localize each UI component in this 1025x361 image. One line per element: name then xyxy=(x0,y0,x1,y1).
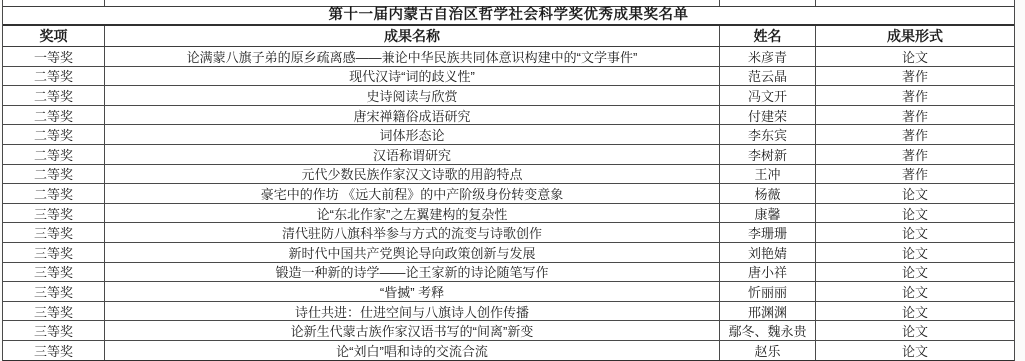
table-row: 三等奖新时代中国共产党舆论导向政策创新与发展刘艳婧论文 xyxy=(3,243,1014,263)
result-form-cell: 著作 xyxy=(816,86,1014,105)
award-cell: 三等奖 xyxy=(3,243,105,262)
result-form-cell: 论文 xyxy=(816,223,1014,242)
author-name-cell: 刘艳婧 xyxy=(720,243,816,262)
table-row: 二等奖现代汉诗“词的歧义性”范云晶著作 xyxy=(3,67,1014,87)
award-cell: 二等奖 xyxy=(3,67,105,86)
header-row: 奖项 成果名称 姓名 成果形式 xyxy=(3,26,1014,47)
author-name-cell: 冯文开 xyxy=(720,86,816,105)
result-form-cell: 著作 xyxy=(816,67,1014,86)
award-cell: 二等奖 xyxy=(3,165,105,184)
result-form-cell: 论文 xyxy=(816,243,1014,262)
table-row: 二等奖词体形态论李东宾著作 xyxy=(3,125,1014,145)
award-cell: 三等奖 xyxy=(3,204,105,223)
author-name-cell: 王冲 xyxy=(720,165,816,184)
work-title-cell: 元代少数民族作家汉文诗歌的用韵特点 xyxy=(105,165,720,184)
table-row: 三等奖“眥搣” 考释忻丽丽论文 xyxy=(3,282,1014,302)
col-header-award: 奖项 xyxy=(3,26,105,46)
award-cell: 二等奖 xyxy=(3,86,105,105)
col-header-name: 姓名 xyxy=(720,26,816,46)
work-title-cell: 史诗阅读与欣赏 xyxy=(105,86,720,105)
author-name-cell: 李东宾 xyxy=(720,125,816,144)
table-row: 二等奖元代少数民族作家汉文诗歌的用韵特点王冲著作 xyxy=(3,165,1014,185)
result-form-cell: 论文 xyxy=(816,282,1014,301)
col-header-form: 成果形式 xyxy=(816,26,1014,46)
author-name-cell: 鄢冬、魏永贵 xyxy=(720,321,816,340)
result-form-cell: 论文 xyxy=(816,302,1014,321)
work-title-cell: 论满蒙八旗子弟的原乡疏离感——兼论中华民族共同体意识构建中的“文学事件” xyxy=(105,47,720,66)
author-name-cell: 康馨 xyxy=(720,204,816,223)
table-row: 一等奖论满蒙八旗子弟的原乡疏离感——兼论中华民族共同体意识构建中的“文学事件”米… xyxy=(3,47,1014,67)
table-row: 三等奖论“东北作家”之左翼建构的复杂性康馨论文 xyxy=(3,204,1014,224)
author-name-cell: 李珊珊 xyxy=(720,223,816,242)
award-cell: 三等奖 xyxy=(3,223,105,242)
table-row: 三等奖论新生代蒙古族作家汉语书写的“间离”新变鄢冬、魏永贵论文 xyxy=(3,321,1014,341)
award-cell: 三等奖 xyxy=(3,341,105,360)
award-cell: 三等奖 xyxy=(3,282,105,301)
partial-cell xyxy=(720,0,816,6)
award-cell: 三等奖 xyxy=(3,302,105,321)
work-title-cell: 论“刘白”唱和诗的交流合流 xyxy=(105,341,720,360)
result-form-cell: 论文 xyxy=(816,47,1014,66)
result-form-cell: 著作 xyxy=(816,106,1014,125)
partial-cell xyxy=(3,0,105,6)
table-row: 二等奖唐宋禅籍俗成语研究付建荣著作 xyxy=(3,106,1014,126)
award-cell: 一等奖 xyxy=(3,47,105,66)
work-title-cell: 论新生代蒙古族作家汉语书写的“间离”新变 xyxy=(105,321,720,340)
partial-cell xyxy=(816,0,1014,6)
author-name-cell: 邢渊渊 xyxy=(720,302,816,321)
table-row: 三等奖清代驻防八旗科举参与方式的流变与诗歌创作李珊珊论文 xyxy=(3,223,1014,243)
award-cell: 二等奖 xyxy=(3,125,105,144)
result-form-cell: 论文 xyxy=(816,184,1014,203)
work-title-cell: 清代驻防八旗科举参与方式的流变与诗歌创作 xyxy=(105,223,720,242)
result-form-cell: 论文 xyxy=(816,263,1014,282)
table-title: 第十一届内蒙古自治区哲学社会科学奖优秀成果奖名单 xyxy=(3,7,1014,26)
award-list-table: 第十一届内蒙古自治区哲学社会科学奖优秀成果奖名单 奖项 成果名称 姓名 成果形式… xyxy=(2,0,1015,361)
table-row: 二等奖豪宅中的作坊 《远大前程》的中产阶级身份转变意象杨薇论文 xyxy=(3,184,1014,204)
table-body: 一等奖论满蒙八旗子弟的原乡疏离感——兼论中华民族共同体意识构建中的“文学事件”米… xyxy=(3,47,1014,361)
result-form-cell: 著作 xyxy=(816,165,1014,184)
author-name-cell: 范云晶 xyxy=(720,67,816,86)
scanned-table-page: 第十一届内蒙古自治区哲学社会科学奖优秀成果奖名单 奖项 成果名称 姓名 成果形式… xyxy=(0,0,1025,361)
author-name-cell: 忻丽丽 xyxy=(720,282,816,301)
work-title-cell: 豪宅中的作坊 《远大前程》的中产阶级身份转变意象 xyxy=(105,184,720,203)
work-title-cell: 新时代中国共产党舆论导向政策创新与发展 xyxy=(105,243,720,262)
partial-row-top xyxy=(3,0,1014,7)
author-name-cell: 米彦青 xyxy=(720,47,816,66)
work-title-cell: 论“东北作家”之左翼建构的复杂性 xyxy=(105,204,720,223)
work-title-cell: 词体形态论 xyxy=(105,125,720,144)
award-cell: 二等奖 xyxy=(3,106,105,125)
author-name-cell: 赵乐 xyxy=(720,341,816,360)
author-name-cell: 付建荣 xyxy=(720,106,816,125)
work-title-cell: “眥搣” 考释 xyxy=(105,282,720,301)
work-title-cell: 锻造一种新的诗学——论王家新的诗论随笔写作 xyxy=(105,263,720,282)
col-header-work: 成果名称 xyxy=(105,26,720,46)
result-form-cell: 著作 xyxy=(816,145,1014,164)
work-title-cell: 汉语称谓研究 xyxy=(105,145,720,164)
partial-cell xyxy=(105,0,720,6)
table-row: 三等奖论“刘白”唱和诗的交流合流赵乐论文 xyxy=(3,341,1014,361)
table-row: 三等奖诗仕共进：仕进空间与八旗诗人创作传播邢渊渊论文 xyxy=(3,302,1014,322)
table-row: 三等奖锻造一种新的诗学——论王家新的诗论随笔写作唐小祥论文 xyxy=(3,263,1014,283)
work-title-cell: 唐宋禅籍俗成语研究 xyxy=(105,106,720,125)
work-title-cell: 现代汉诗“词的歧义性” xyxy=(105,67,720,86)
result-form-cell: 论文 xyxy=(816,321,1014,340)
award-cell: 三等奖 xyxy=(3,263,105,282)
work-title-cell: 诗仕共进：仕进空间与八旗诗人创作传播 xyxy=(105,302,720,321)
result-form-cell: 著作 xyxy=(816,125,1014,144)
table-row: 二等奖史诗阅读与欣赏冯文开著作 xyxy=(3,86,1014,106)
table-row: 二等奖汉语称谓研究李树新著作 xyxy=(3,145,1014,165)
author-name-cell: 唐小祥 xyxy=(720,263,816,282)
author-name-cell: 李树新 xyxy=(720,145,816,164)
author-name-cell: 杨薇 xyxy=(720,184,816,203)
result-form-cell: 论文 xyxy=(816,341,1014,360)
result-form-cell: 论文 xyxy=(816,204,1014,223)
award-cell: 二等奖 xyxy=(3,184,105,203)
award-cell: 二等奖 xyxy=(3,145,105,164)
award-cell: 三等奖 xyxy=(3,321,105,340)
